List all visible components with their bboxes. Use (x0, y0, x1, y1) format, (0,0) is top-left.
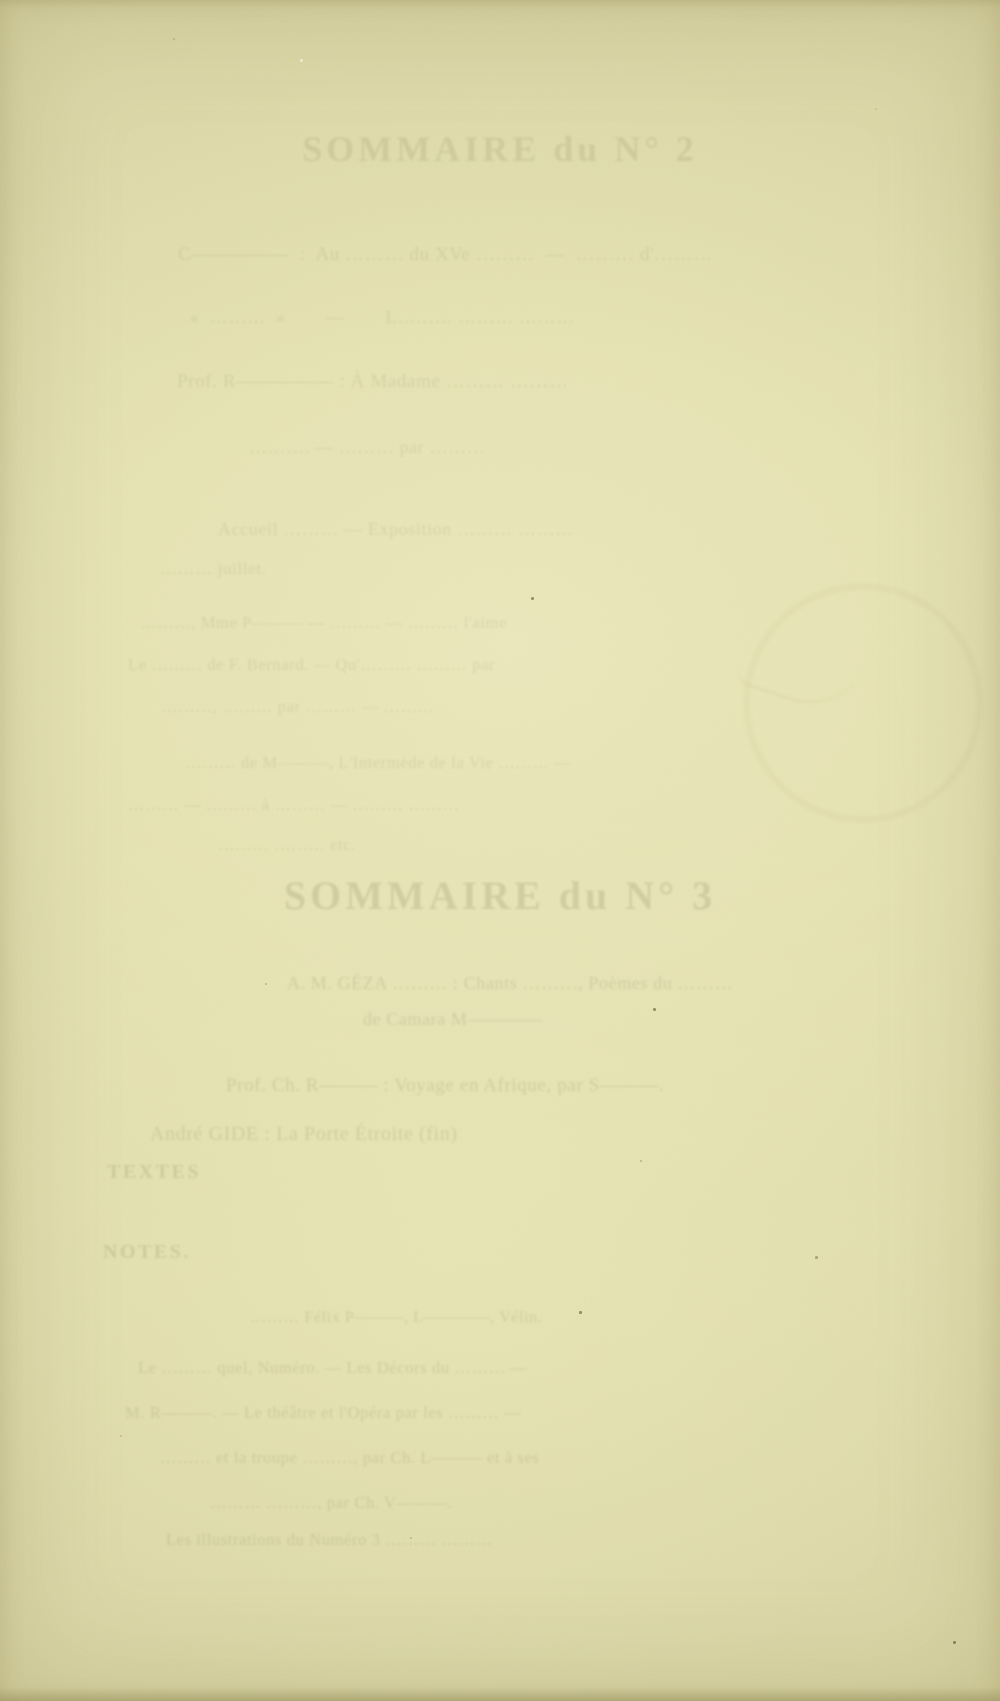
ghost-note-line: ……… Félix P———, L————, Vélin. (250, 1308, 542, 1328)
paper-speck (265, 983, 267, 985)
ghost-note-line: Le ……… quel, Numéro. — Les Décors du ………… (138, 1358, 528, 1379)
paper-speck (531, 597, 534, 600)
faint-ring-stain (745, 585, 981, 821)
ghost-note-illustrations-line: Les illustrations du Numéro 3 ……… ……… (166, 1530, 493, 1551)
ghost-entry-la-porte-etroite: André GIDE : La Porte Étroite (fin) (150, 1122, 458, 1147)
paper-speck (815, 1256, 818, 1259)
ghost-heading-sommaire-no3: SOMMAIRE du N° 3 (0, 872, 1000, 919)
scanned-book-page: SOMMAIRE du N° 2 C————— : Au ……… du XVe … (0, 0, 1000, 1701)
paper-speck (875, 108, 877, 110)
paper-speck (120, 1435, 122, 1437)
ghost-entry-continuation: de Camara M———— (363, 1008, 542, 1031)
ghost-entry-line: Prof. Ch. R——— : Voyage en Afrique, par … (226, 1074, 664, 1098)
paper-speck (410, 1537, 412, 1539)
paper-speck (953, 1641, 956, 1644)
paper-speck (653, 1008, 656, 1011)
paper-speck (173, 38, 175, 40)
paper-speck (579, 1311, 582, 1314)
ghost-note-line: ……… ………, par Ch. V———. (210, 1493, 453, 1514)
ghost-label-textes: TEXTES (107, 1161, 201, 1184)
ghost-sommaire-block-no3: SOMMAIRE du N° 3 A. M. GÉZA ……… : Chants… (0, 0, 1000, 1701)
paper-speck (300, 59, 303, 62)
ghost-note-line: ……… et la troupe ………, par Ch. L——— et à … (160, 1448, 540, 1469)
ghost-label-notes: NOTES. (103, 1241, 191, 1264)
ghost-entry-line: A. M. GÉZA ……… : Chants ………, Poèmes du …… (287, 972, 733, 995)
bottom-edge-shading (0, 1687, 1000, 1701)
top-edge-shading (0, 0, 1000, 8)
ghost-note-line: M. R———. — Le théâtre et l'Opéra par les… (125, 1403, 521, 1424)
paper-speck (640, 1160, 642, 1162)
